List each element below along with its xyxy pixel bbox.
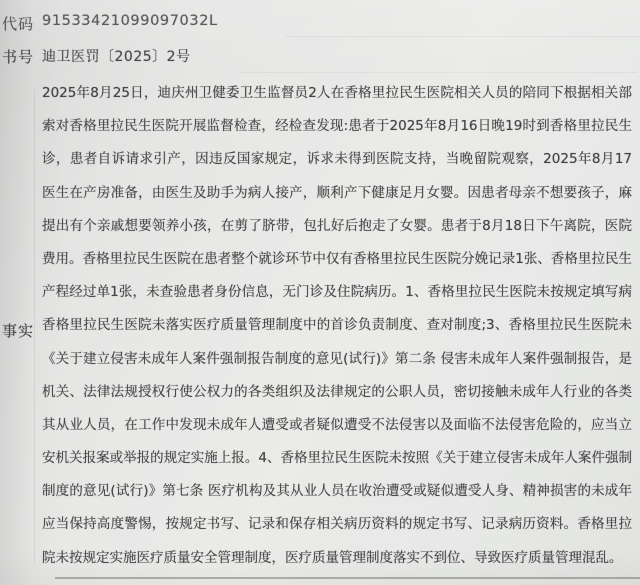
- row-divider: [285, 36, 638, 37]
- label-column-divider: [34, 90, 35, 563]
- credit-code-label: 代码: [2, 13, 34, 34]
- facts-line: 2025年8月25日，迪庆州卫健委卫生监督员2人在香格里拉民生医院相关人员的陪同…: [42, 77, 632, 110]
- facts-line: 费用。香格里拉民生医院在患者整个就诊环节中仅有香格里拉民生医院分娩记录1张、香格…: [42, 243, 632, 276]
- penalty-document-photo: 代码 91533421099097032L 书号 迪卫医罚〔2025〕2号 事实…: [0, 0, 640, 585]
- doc-number-label: 书号: [2, 46, 34, 67]
- facts-line: 安机关报案或举报的规定实施上报。4、香格里拉民生医院未按照《关于建立侵害未成年人…: [42, 442, 632, 475]
- facts-line: 医生在产房准备，由医生及助手为病人接产，顺利产下健康足月女婴。因患者母亲不想要孩…: [42, 177, 632, 210]
- credit-code-value: 91533421099097032L: [42, 13, 218, 29]
- facts-label: 事实: [2, 320, 34, 341]
- row-divider: [240, 72, 638, 73]
- facts-line: 香格里拉民生医院未落实医疗质量管理制度中的首诊负责制度、查对制度;3、香格里拉民…: [42, 309, 632, 342]
- table-bottom-rule: [55, 577, 640, 579]
- facts-line: 提出有个亲戚想要领养小孩，在剪了脐带，包扎好后抱走了女婴。患者于8月18日下午离…: [42, 210, 632, 243]
- facts-line: 应当保持高度警惕，按规定书写、记录和保存相关病历资料的规定书写、记录病历资料。香…: [42, 508, 632, 541]
- facts-line: 诊，患者自诉请求引产，因违反国家规定，诉求未得到医院支持，当晚留院观察，2025…: [42, 143, 632, 176]
- facts-line: 产程经过单1张，未查验患者身份信息，无门诊及住院病历。1、香格里拉民生医院未按规…: [42, 276, 632, 309]
- facts-line: 机关、法律法规授权行使公权力的各类组织及法律规定的公职人员，密切接触未成年人行业…: [42, 376, 632, 409]
- facts-paragraph: 2025年8月25日，迪庆州卫健委卫生监督员2人在香格里拉民生医院相关人员的陪同…: [42, 77, 632, 575]
- facts-line: 《关于建立侵害未成年人案件强制报告制度的意见(试行)》第二条 侵害未成年人案件强…: [42, 343, 632, 376]
- facts-line: 索对香格里拉民生医院开展监督检查，经检查发现:患者于2025年8月16日晚19时…: [42, 110, 632, 143]
- doc-number-value: 迪卫医罚〔2025〕2号: [42, 46, 191, 66]
- facts-line: 院未按规定实施医疗质量安全管理制度，医疗质量管理制度落实不到位、导致医疗质量管理…: [42, 542, 632, 575]
- facts-line: 其从业人员，在工作中发现未成年人遭受或者疑似遭受不法侵害以及面临不法侵害危险的，…: [42, 409, 632, 442]
- facts-line: 制度的意见(试行)》第七条 医疗机构及其从业人员在收治遭受或疑似遭受人身、精神损…: [42, 475, 632, 508]
